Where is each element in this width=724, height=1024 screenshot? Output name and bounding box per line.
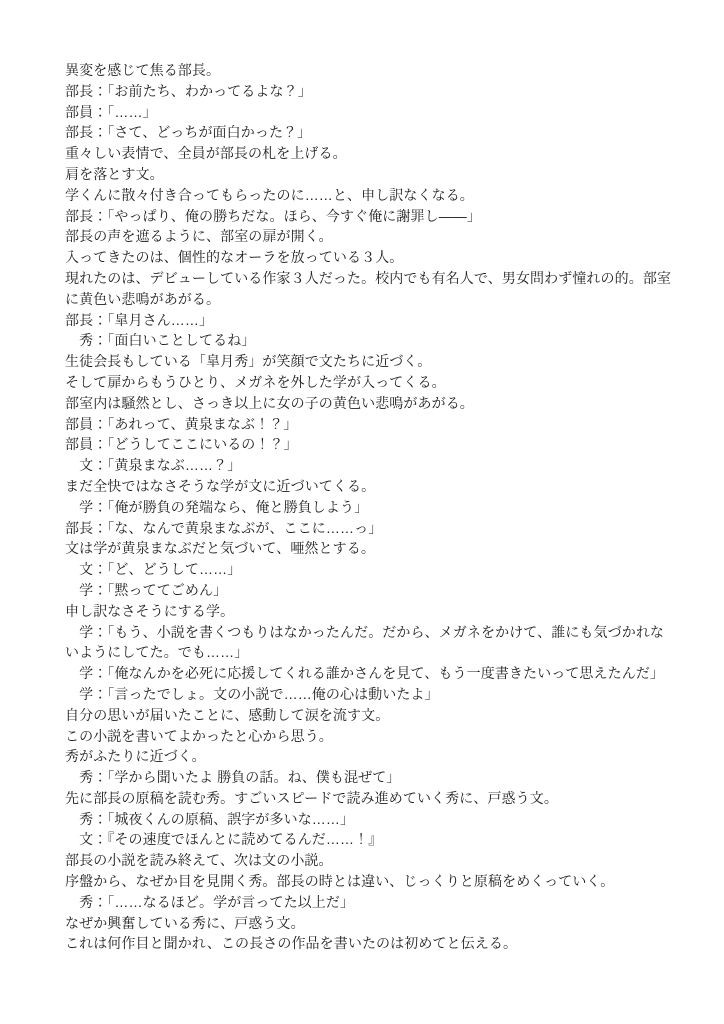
text-line: 部員：「どうしてここにいるの！？」 xyxy=(65,434,670,455)
text-line: 学：「言ったでしょ。文の小説で……俺の心は動いたよ」 xyxy=(65,684,670,705)
text-line: いようにしてた。でも……」 xyxy=(65,642,670,663)
text-line: 自分の思いが届いたことに、感動して涙を流す文。 xyxy=(65,705,670,726)
text-line: 文：「ど、どうして……」 xyxy=(65,559,670,580)
text-line: 申し訳なさそうにする学。 xyxy=(65,601,670,622)
text-line: 入ってきたのは、個性的なオーラを放っている３人。 xyxy=(65,247,670,268)
text-line: 学くんに散々付き合ってもらったのに……と、申し訳なくなる。 xyxy=(65,185,670,206)
text-line: 秀：「城夜くんの原稿、誤字が多いな……」 xyxy=(65,809,670,830)
text-line: 学：「俺が勝負の発端なら、俺と勝負しよう」 xyxy=(65,497,670,518)
text-line: 部長：「皐月さん……」 xyxy=(65,310,670,331)
text-line: 肩を落とす文。 xyxy=(65,164,670,185)
text-line: これは何作目と聞かれ、この長さの作品を書いたのは初めてと伝える。 xyxy=(65,933,670,954)
text-line: 重々しい表情で、全員が部長の札を上げる。 xyxy=(65,143,670,164)
text-line: 部長の小説を読み終えて、次は文の小説。 xyxy=(65,850,670,871)
text-line: 先に部長の原稿を読む秀。すごいスピードで読み進めていく秀に、戸惑う文。 xyxy=(65,788,670,809)
text-line: 部長：「お前たち、わかってるよな？」 xyxy=(65,81,670,102)
text-line: 部員：「……」 xyxy=(65,102,670,123)
text-line: 現れたのは、デビューしている作家３人だった。校内でも有名人で、男女問わず憧れの的… xyxy=(65,268,670,289)
text-line: 部室内は騒然とし、さっき以上に女の子の黄色い悲鳴があがる。 xyxy=(65,393,670,414)
text-line: 部長：「やっぱり、俺の勝ちだな。ほら、今すぐ俺に謝罪し――」 xyxy=(65,206,670,227)
text-line: 異変を感じて焦る部長。 xyxy=(65,60,670,81)
text-line: 文：『その速度でほんとに読めてるんだ……！』 xyxy=(65,829,670,850)
text-line: 秀：「学から聞いたよ 勝負の話。ね、僕も混ぜて」 xyxy=(65,767,670,788)
text-line: なぜか興奮している秀に、戸惑う文。 xyxy=(65,913,670,934)
text-line: 部長：「な、なんで黄泉まなぶが、ここに……っ」 xyxy=(65,518,670,539)
text-line: そして扉からもうひとり、メガネを外した学が入ってくる。 xyxy=(65,372,670,393)
text-line: 部長の声を遮るように、部室の扉が開く。 xyxy=(65,226,670,247)
text-line: 部員：「あれって、黄泉まなぶ！？」 xyxy=(65,414,670,435)
text-line: 学：「もう、小説を書くつもりはなかったんだ。だから、メガネをかけて、誰にも気づか… xyxy=(65,622,670,643)
document-page: 異変を感じて焦る部長。部長：「お前たち、わかってるよな？」部員：「……」部長：「… xyxy=(0,0,724,1024)
text-line: 学：「俺なんかを必死に応援してくれる誰かさんを見て、もう一度書きたいって思えたん… xyxy=(65,663,670,684)
text-line: 秀：「……なるほど。学が言ってた以上だ」 xyxy=(65,892,670,913)
text-line: 秀：「面白いことしてるね」 xyxy=(65,330,670,351)
text-line: この小説を書いてよかったと心から思う。 xyxy=(65,726,670,747)
text-line: 文は学が黄泉まなぶだと気づいて、唖然とする。 xyxy=(65,538,670,559)
text-line: に黄色い悲鳴があがる。 xyxy=(65,289,670,310)
text-line: 文：「黄泉まなぶ……？」 xyxy=(65,455,670,476)
text-line: 序盤から、なぜか目を見開く秀。部長の時とは違い、じっくりと原稿をめくっていく。 xyxy=(65,871,670,892)
text-line: 生徒会長もしている「皐月秀」が笑顔で文たちに近づく。 xyxy=(65,351,670,372)
document-text: 異変を感じて焦る部長。部長：「お前たち、わかってるよな？」部員：「……」部長：「… xyxy=(65,60,670,954)
text-line: 秀がふたりに近づく。 xyxy=(65,746,670,767)
text-line: 学：「黙っててごめん」 xyxy=(65,580,670,601)
text-line: まだ全快ではなさそうな学が文に近づいてくる。 xyxy=(65,476,670,497)
text-line: 部長：「さて、どっちが面白かった？」 xyxy=(65,122,670,143)
